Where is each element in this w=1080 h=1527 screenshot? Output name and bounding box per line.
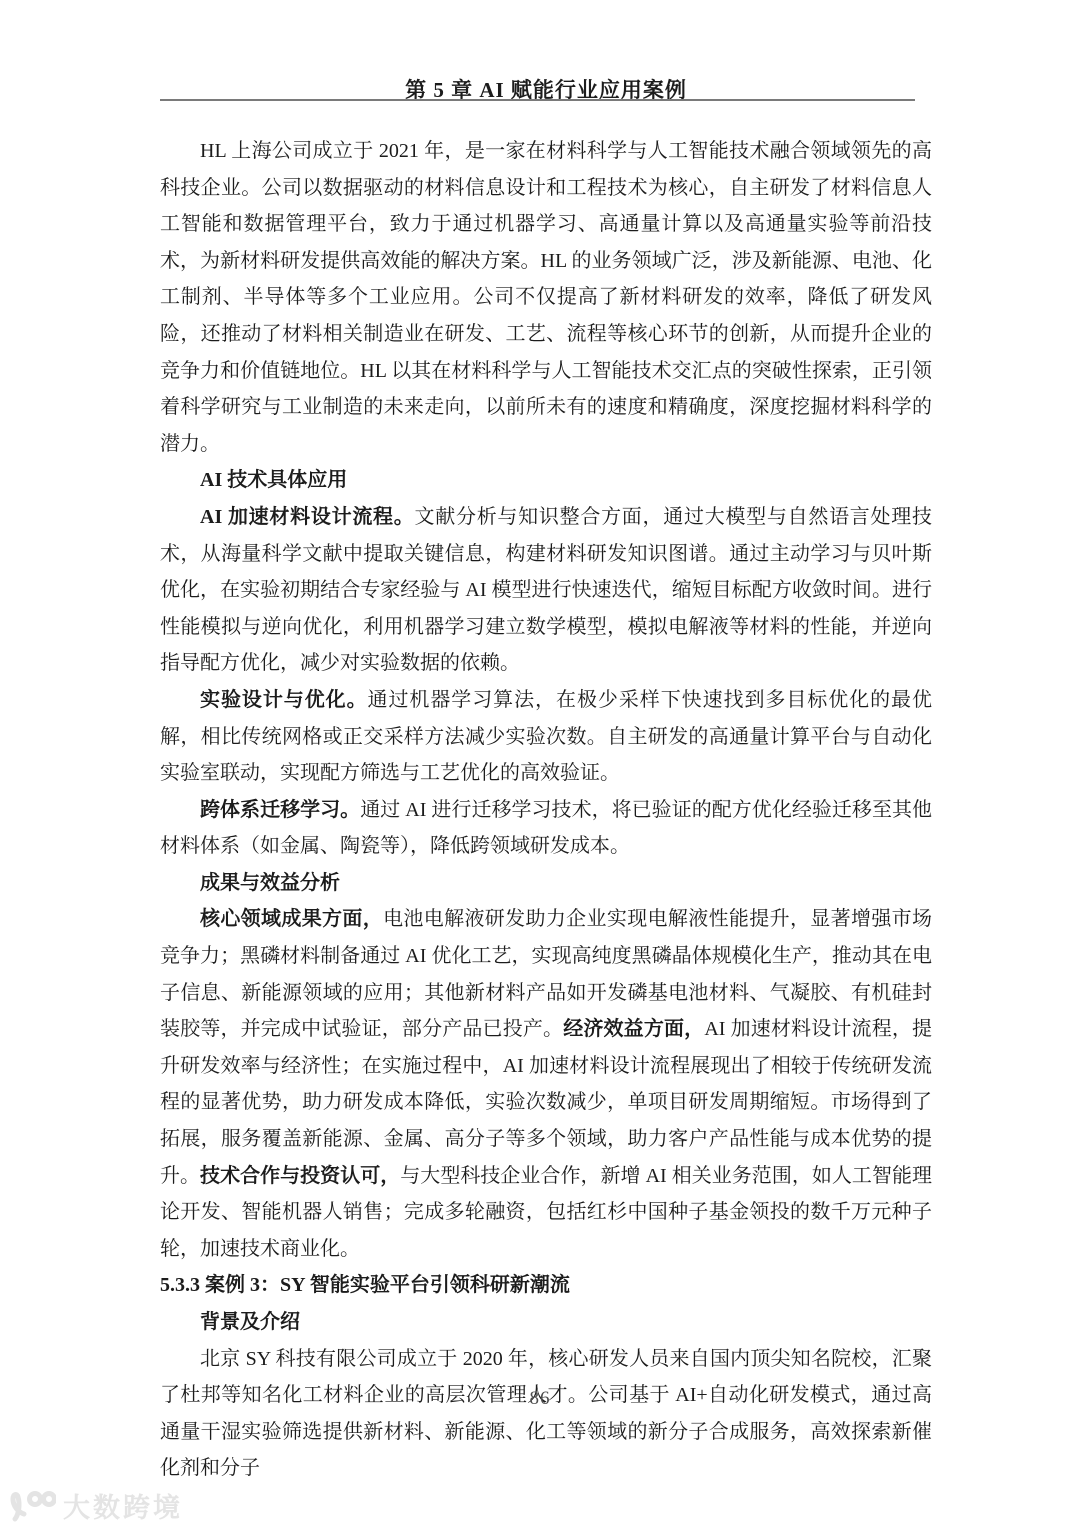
text-run: 文献分析与知识整合方面，通过大模型与自然语言处理技术，从海量科学文献中提取关键信…	[160, 506, 932, 674]
header-divider	[160, 99, 915, 101]
bold-text-run: 成果与效益分析	[200, 872, 340, 894]
text-run: HL 上海公司成立于 2021 年，是一家在材料科学与人工智能技术融合领域领先的…	[160, 140, 932, 455]
bold-text-run: AI 技术具体应用	[200, 469, 347, 491]
paragraph: 实验设计与优化。通过机器学习算法，在极少采样下快速找到多目标优化的最优解，相比传…	[160, 682, 932, 792]
bold-text-run: 跨体系迁移学习。	[200, 799, 360, 821]
sub-heading: 背景及介绍	[160, 1304, 932, 1341]
paragraph: 北京 SY 科技有限公司成立于 2020 年，核心研发人员来自国内顶尖知名院校，…	[160, 1341, 932, 1487]
bold-text-run: 5.3.3 案例 3：SY 智能实验平台引领科研新潮流	[160, 1274, 570, 1296]
sub-heading: AI 技术具体应用	[160, 462, 932, 499]
bold-text-run: 核心领域成果方面，	[200, 908, 383, 930]
paragraph: HL 上海公司成立于 2021 年，是一家在材料科学与人工智能技术融合领域领先的…	[160, 133, 932, 462]
document-body: HL 上海公司成立于 2021 年，是一家在材料科学与人工智能技术融合领域领先的…	[160, 133, 932, 1487]
brand-text: 大数跨境	[63, 1486, 183, 1525]
paragraph: AI 加速材料设计流程。文献分析与知识整合方面，通过大模型与自然语言处理技术，从…	[160, 499, 932, 682]
bold-text-run: AI 加速材料设计流程。	[200, 506, 415, 528]
bold-text-run: 背景及介绍	[200, 1311, 300, 1333]
brand-100-logo-icon	[8, 1488, 56, 1524]
paragraph: 跨体系迁移学习。通过 AI 进行迁移学习技术，将已验证的配方优化经验迁移至其他材…	[160, 792, 932, 865]
text-run: AI 加速材料设计流程，提升研发效率与经济性；在实施过程中，AI 加速材料设计流…	[160, 1018, 932, 1186]
bold-text-run: 实验设计与优化。	[200, 689, 368, 711]
bold-text-run: 经济效益方面，	[563, 1018, 704, 1040]
watermark: 大数跨境	[8, 1486, 183, 1525]
sub-heading: 成果与效益分析	[160, 865, 932, 902]
text-run: 北京 SY 科技有限公司成立于 2020 年，核心研发人员来自国内顶尖知名院校，…	[160, 1348, 932, 1480]
page-number: 86	[0, 1388, 1080, 1410]
bold-text-run: 技术合作与投资认可，	[200, 1165, 400, 1187]
section-heading: 5.3.3 案例 3：SY 智能实验平台引领科研新潮流	[160, 1267, 932, 1304]
document-page: 第 5 章 AI 赋能行业应用案例 HL 上海公司成立于 2021 年，是一家在…	[0, 0, 1080, 1527]
paragraph: 核心领域成果方面，电池电解液研发助力企业实现电解液性能提升，显著增强市场竞争力；…	[160, 901, 932, 1267]
